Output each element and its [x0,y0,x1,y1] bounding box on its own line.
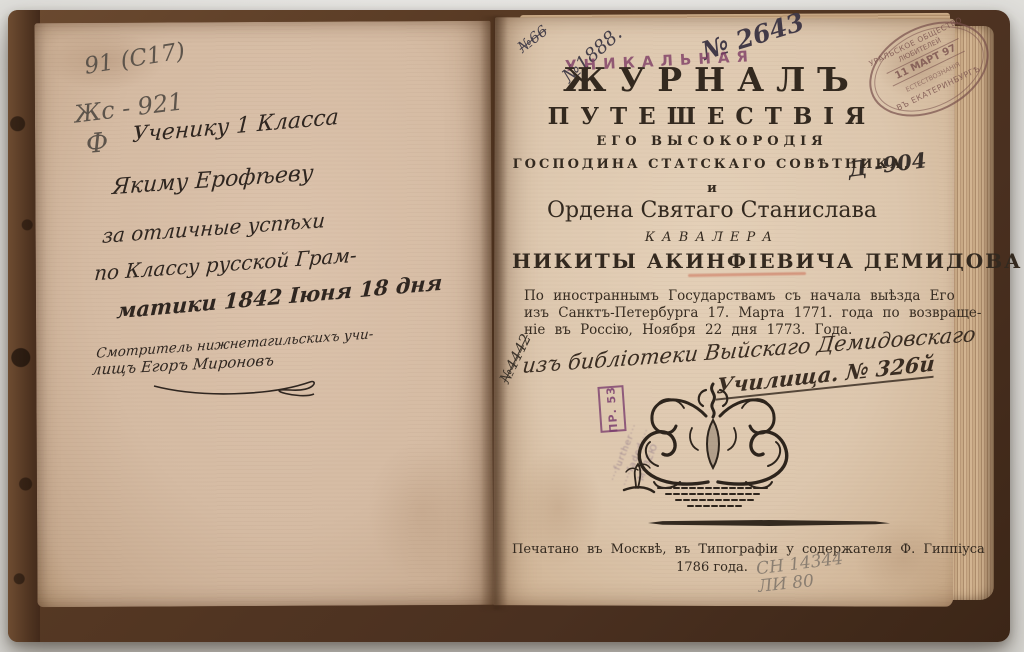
pencil-shelfmark-3: Ф [85,127,110,160]
title-nikity-demidova: НИКИТЫ АКИНФІЕВИЧА ДЕМИДОВА. [512,249,912,273]
signature-flourish [150,376,320,402]
paper-stain [853,518,953,598]
title-i: и [512,181,912,196]
rococo-vignette-ornament [588,370,838,522]
paper-stain [367,441,478,582]
title-puteshestviya: ПУТЕШЕСТВІЯ [512,103,912,130]
subtitle-line-1: По иностраннымъ Государствамъ съ начала … [524,288,955,304]
title-ordena-stanislava: Ордена Святаго Станислава [512,198,912,223]
imprint-line-2: 1786 года. [512,560,912,575]
imprint-line-1: Печатано въ Москвѣ, въ Типографіи у соде… [512,542,912,557]
title-ego-vysokorodiya: ЕГО ВЫСОКОРОДІЯ [512,134,912,149]
photo-of-open-book: 91 (С17) Жс - 921 Ф Ученику 1 Класса Яки… [0,0,1024,652]
subtitle-line-2: изъ Санктъ-Петербурга 17. Марта 1771. го… [524,305,981,321]
title-gospodina-sovetnika: ГОСПОДИНА СТАТСКАГО СОВѢТНИКА, [512,157,912,172]
title-kavalera: КАВАЛЕРА [512,230,912,245]
title-zhurnal: ЖУРНАЛЪ [512,60,912,99]
book-gutter-shadow [480,16,508,610]
